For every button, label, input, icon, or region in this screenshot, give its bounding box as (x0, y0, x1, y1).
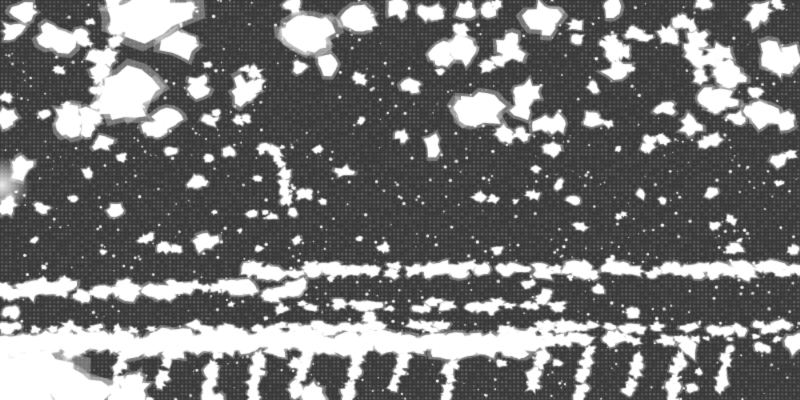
snow-asphalt-texture-canvas (0, 0, 800, 400)
halftone-snow-photo (0, 0, 800, 400)
